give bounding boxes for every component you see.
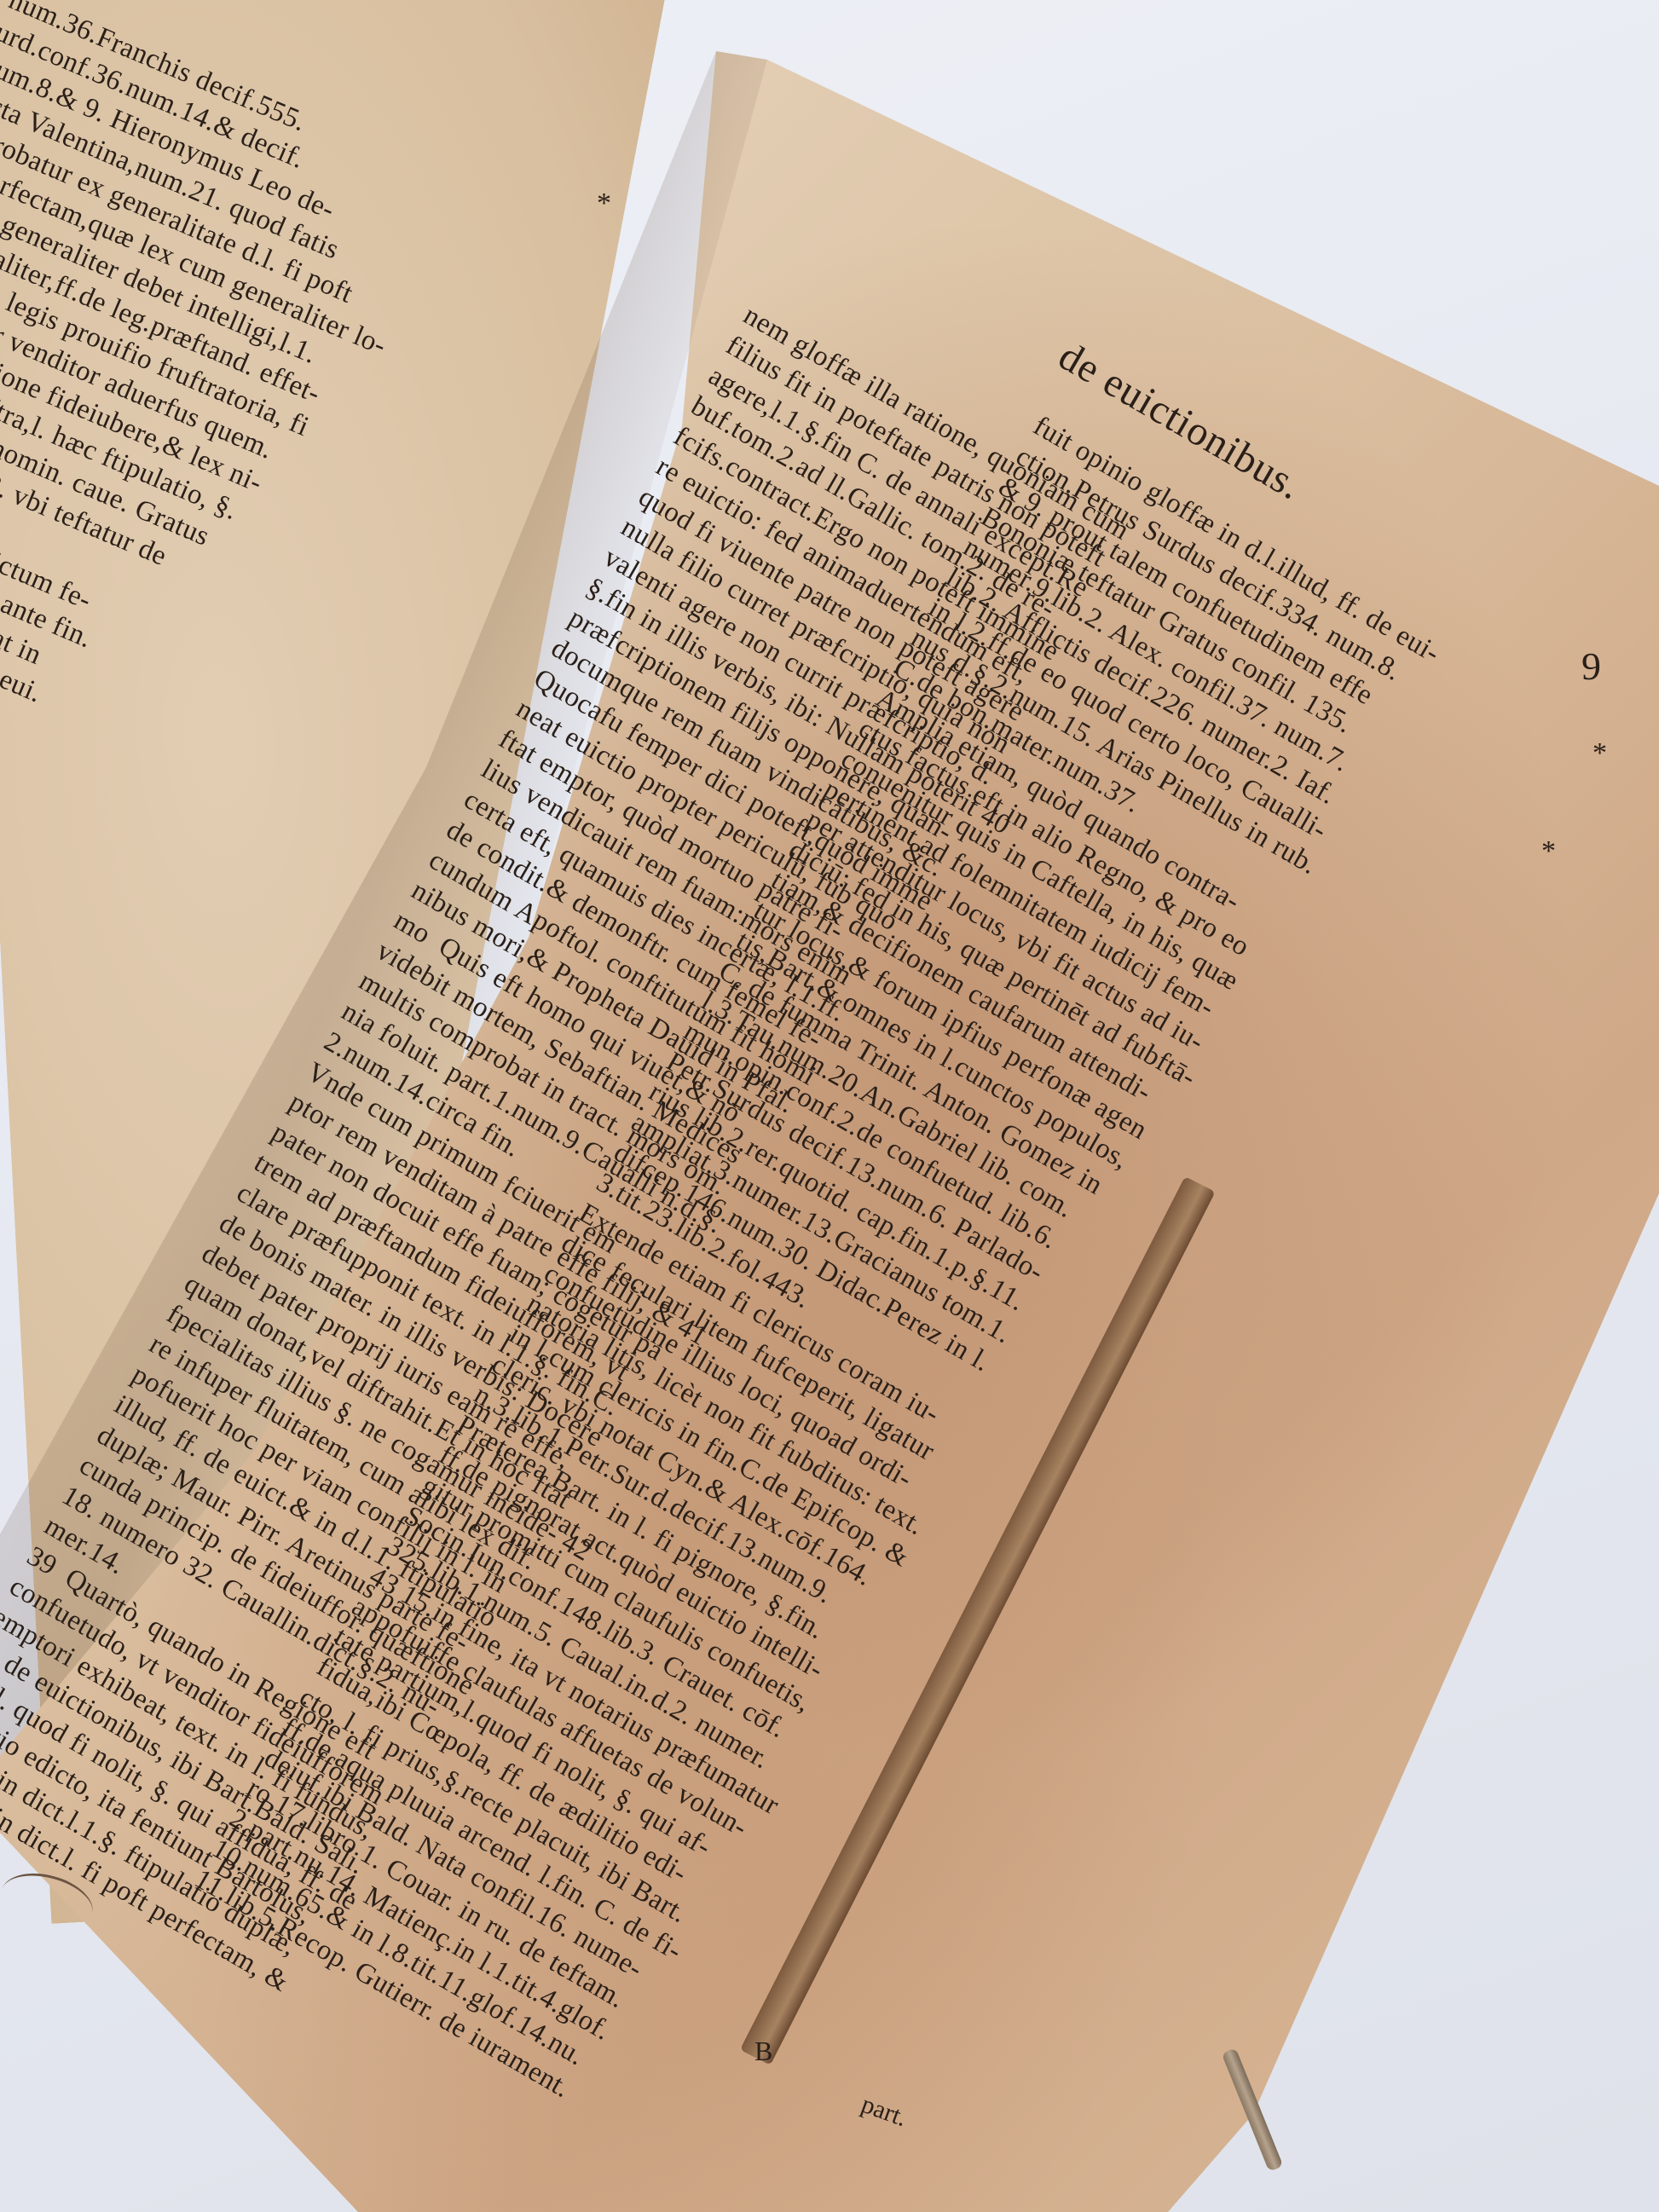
page-number: 9 — [1581, 644, 1601, 689]
asterisk-mark: * — [597, 188, 611, 220]
signature-mark: B — [754, 2036, 772, 2067]
asterisk-mark: * — [1593, 737, 1607, 770]
photo-scene: num.36.Franchis decif.555.urd.conf.36.nu… — [0, 0, 1659, 2212]
asterisk-mark: * — [1541, 835, 1556, 868]
